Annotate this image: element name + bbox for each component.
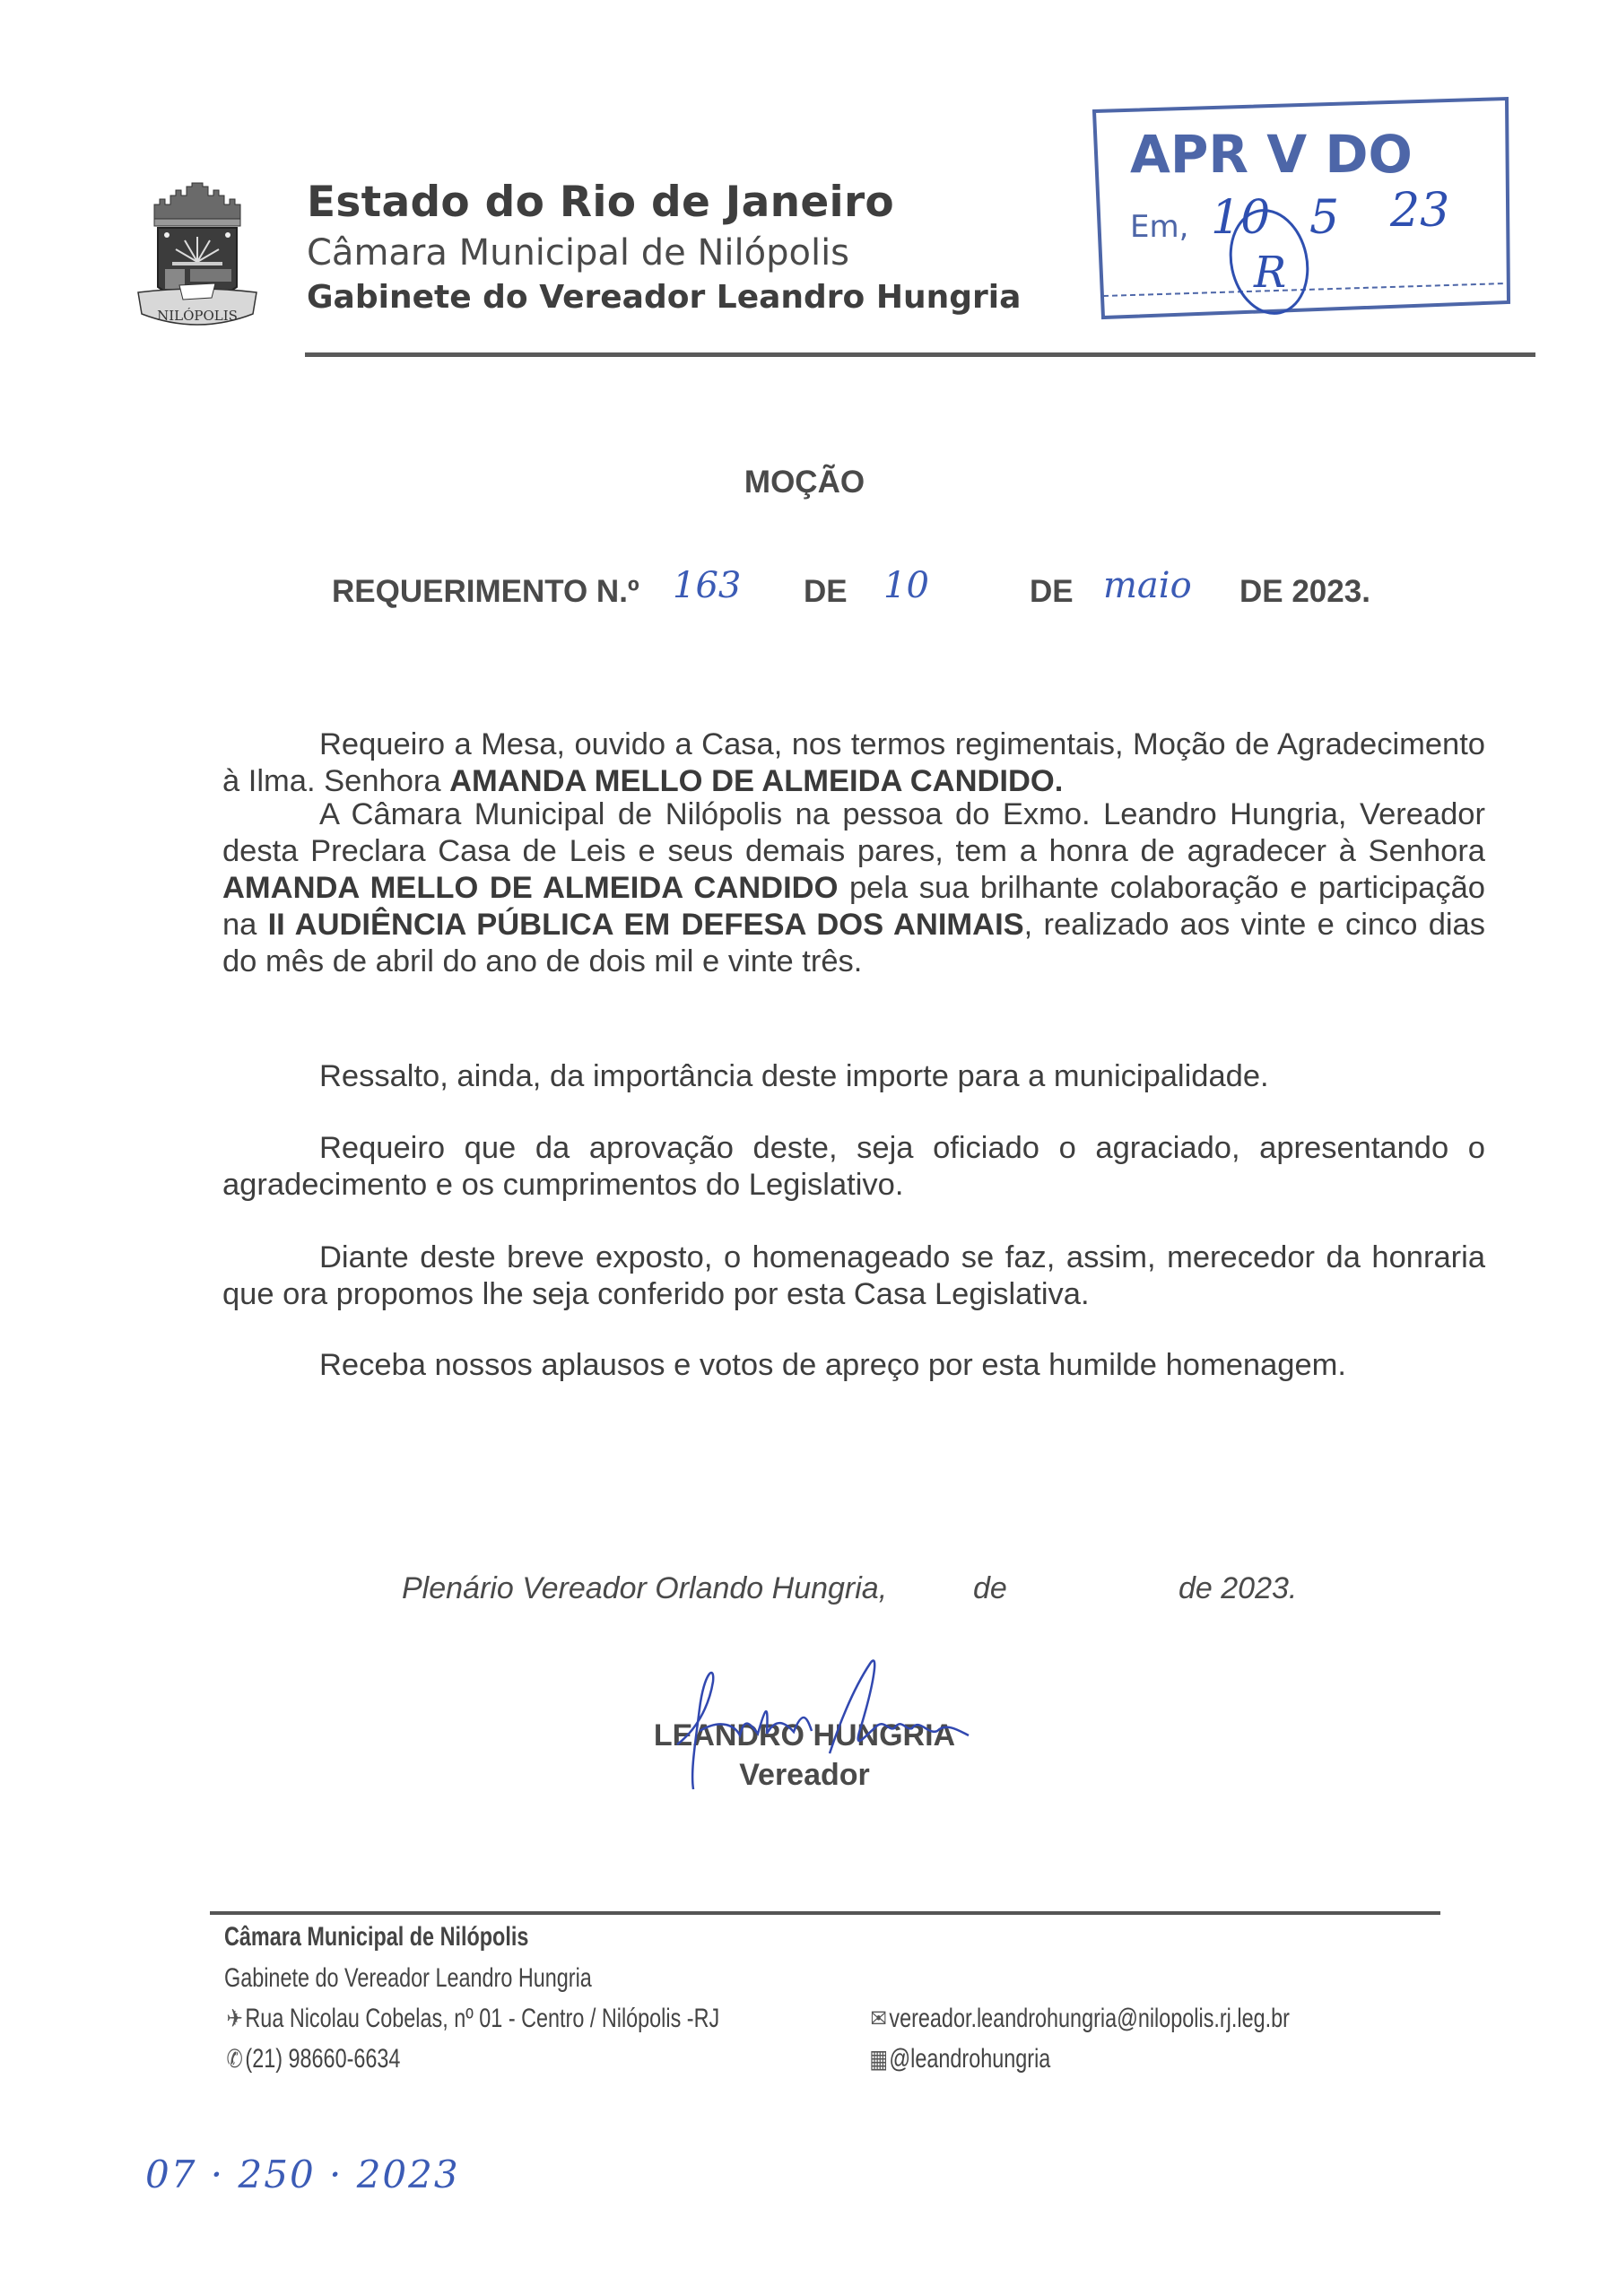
requerimento-de-2: DE (1030, 574, 1074, 610)
stamp-day: 10 (1211, 191, 1270, 245)
svg-text:NILÓPOLIS: NILÓPOLIS (157, 308, 238, 324)
coat-of-arms-logo: NILÓPOLIS (135, 179, 260, 336)
handwritten-protocol-number: 07 · 250 · 2023 (145, 2152, 460, 2196)
footer-social[interactable]: ▦@leandrohungria (868, 2044, 1050, 2074)
phone-icon: ✆ (224, 2044, 245, 2074)
footer-divider (210, 1911, 1440, 1915)
nilopolis-coat-of-arms-icon: NILÓPOLIS (135, 179, 260, 336)
office-name: Gabinete do Vereador Leandro Hungria (307, 279, 1021, 316)
pin-icon: ✈ (224, 2004, 245, 2033)
stamp-date-prefix: Em, (1130, 209, 1188, 245)
stamp-month: 5 (1309, 191, 1339, 245)
date-de: de (973, 1571, 1007, 1606)
chamber-name: Câmara Municipal de Nilópolis (307, 232, 849, 274)
stamp-initials: R (1253, 248, 1286, 298)
body-paragraph: A Câmara Municipal de Nilópolis na pesso… (222, 796, 1485, 980)
body-paragraph: Receba nossos aplausos e votos de apreço… (222, 1347, 1485, 1384)
body-paragraph: Requeiro a Mesa, ouvido a Casa, nos term… (222, 726, 1485, 800)
stamp-year: 23 (1389, 184, 1449, 238)
requerimento-day: 10 (883, 565, 929, 606)
handwritten-signature (659, 1646, 1018, 1798)
body-paragraph: Diante deste breve exposto, o homenagead… (222, 1239, 1485, 1313)
date-year: de 2023. (1178, 1571, 1297, 1606)
state-title: Estado do Rio de Janeiro (307, 178, 894, 227)
requerimento-month: maio (1103, 565, 1192, 606)
footer-chamber: Câmara Municipal de Nilópolis (224, 1922, 528, 1952)
requerimento-number: 163 (673, 565, 741, 606)
header-divider (305, 352, 1535, 357)
requerimento-de-1: DE (804, 574, 848, 610)
stamp-label: APR V DO (1130, 124, 1413, 185)
footer-address: ✈Rua Nicolau Cobelas, nº 01 - Centro / N… (224, 2004, 719, 2034)
document-type-title: MOÇÃO (0, 465, 1609, 500)
requerimento-year: DE 2023. (1239, 574, 1370, 610)
body-paragraph: Requeiro que da aprovação deste, seja of… (222, 1130, 1485, 1204)
footer-phone: ✆(21) 98660-6634 (224, 2044, 400, 2074)
footer-office: Gabinete do Vereador Leandro Hungria (224, 1963, 592, 1994)
social-media-icon: ▦ (868, 2044, 889, 2074)
body-paragraph: Ressalto, ainda, da importância deste im… (222, 1058, 1485, 1095)
envelope-icon: ✉ (868, 2004, 889, 2033)
approval-stamp: APR V DO Em, 10 5 23 R (1085, 91, 1511, 325)
place-name: Plenário Vereador Orlando Hungria, (402, 1571, 887, 1606)
footer-email[interactable]: ✉vereador.leandrohungria@nilopolis.rj.le… (868, 2004, 1290, 2034)
requerimento-label: REQUERIMENTO N.º (332, 574, 639, 610)
